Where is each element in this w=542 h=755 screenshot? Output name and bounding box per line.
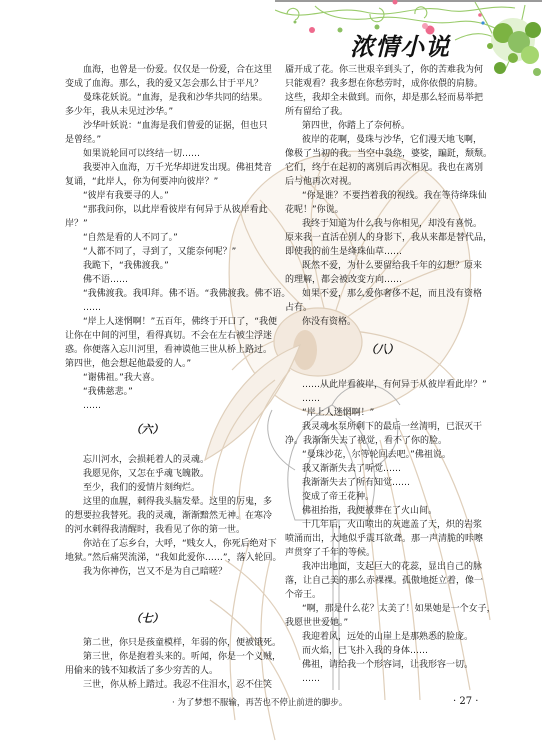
magazine-page: 浓情小说 血海，也曾是一份爱。仅仅是一份爱，合在这里 变成了血海。那么，我的爱又… [0, 0, 542, 755]
text-line: 你站在了忘乡台，大呼，“贱女人，你死后绝对下 [65, 537, 263, 551]
text-line: 的想要拉我替死。我的灵魂，渐渐黯然无神。在寒冷 [65, 509, 263, 523]
section-title: 浓情小说 [350, 32, 450, 62]
text-line: …… [65, 399, 263, 413]
text-line: 喷涌而出，大地似乎震耳欲聋。那一声清脆的咔嚓 [285, 532, 479, 546]
text-line: 惑。你便落入忘川河里，看神谟他三世从桥上路过。 [65, 343, 263, 357]
text-line: 多少年，我从未见过沙华。” [65, 105, 263, 119]
text-line: 我愿世世爱她。” [285, 616, 479, 630]
text-line: 这里的血腥，刺得我头脑发晕。这里的厉鬼，多 [65, 495, 263, 509]
text-line: 像极了当初的我。当空中袅绕，婆娑，蹁跹，颓颓。 [285, 147, 479, 161]
text-line: 我要冲入血海，万千光华却迸发出现。佛祖梵音 [65, 161, 263, 175]
text-line: 的河水刺得我清醒时，我看见了你的第一世。 [65, 523, 263, 537]
text-line: “我佛渡我。我叩拜。佛不语。“我佛渡我。佛不语。 [65, 287, 263, 301]
text-line: “啊，那是什么花？太美了！如果她是一个女子， [285, 602, 479, 616]
text-line: 是曾经。” [65, 133, 263, 147]
text-line: “自然是看的人不同了。” [65, 231, 263, 245]
text-line: “你是谁？不要挡着我的视线。我在等待绛珠仙 [285, 189, 479, 203]
left-text-column: 血海，也曾是一份爱。仅仅是一份爱，合在这里 变成了血海。那么，我的爱又怎会那么甘… [65, 63, 263, 692]
section-heading-eight: （八） [285, 329, 479, 378]
text-line: 我愿见你，又怎在乎魂飞魄散。 [65, 467, 263, 481]
text-line: 原来我一直活在别人的身影下，我从来都是替代品， [285, 231, 479, 245]
text-line: 落，让自己美的那么赤裸裸。孤傲地挺立着，像一 [285, 574, 479, 588]
text-line: 至少，我们的爱情片刻绚烂。 [65, 481, 263, 495]
page-number: · 27 · [453, 695, 478, 709]
text-line: 如果说轮回可以终结一切…… [65, 147, 263, 161]
text-line: …… [285, 392, 479, 406]
text-line: 你没有资格。 [285, 315, 479, 329]
section-heading-six: （六） [65, 413, 263, 453]
text-line: 变成了帝王花种。 [285, 490, 479, 504]
text-line: 声贯穿了千年的等候。 [285, 546, 479, 560]
text-line: 它们，终于在起初的离别后再次相见。我也在离别 [285, 161, 479, 175]
green-blob-cluster [487, 18, 541, 76]
text-line: …… [65, 301, 263, 315]
right-text-column: 靥开成了花。你三世艰辛到头了，你的苦难我为何 只能观看？我多想在你愁劳时，成你依… [285, 63, 479, 686]
text-line: 我终于知道为什么我与你相见，却没有喜悦。 [285, 217, 479, 231]
text-line: 忘川河水，会损耗着人的灵魂。 [65, 453, 263, 467]
text-line: 花呢！”你说。 [285, 203, 479, 217]
text-line: 靥开成了花。你三世艰辛到头了，你的苦难我为何 [285, 63, 479, 77]
text-line: 即使我的前生是绛珠仙草…… [285, 245, 479, 259]
text-line: 曼珠花妖说。“血海，是我和沙华共同的结果。 [65, 91, 263, 105]
text-line: 的理解，都会被改变方向…… [285, 273, 479, 287]
text-line: 而火焰，已飞扑入我的身体…… [285, 644, 479, 658]
text-line: 血海，也曾是一份爱。仅仅是一份爱，合在这里 [65, 63, 263, 77]
text-line: 复诵，“此岸人，你为何要冲向彼岸？” [65, 175, 263, 189]
text-line: 净。我渐渐失去了视觉，看不了你的脸。 [285, 434, 479, 448]
text-line: “岸上人迷惘啊！”五百年，佛终于开口了，“我便 [65, 315, 263, 329]
text-line: 既然不爱，为什么要留给我千年的幻想？原来 [285, 259, 479, 273]
text-line: 第四世，你踏上了奈何桥。 [285, 119, 479, 133]
text-line: 只能观看？我多想在你愁劳时，成你依偎的肩膀。 [285, 77, 479, 91]
text-line: 三世，你从桥上踏过。我忍不住泪水，忍不住笑 [65, 678, 263, 692]
text-line: “谢佛祖。”我大喜。 [65, 371, 263, 385]
text-line: 占有。 [285, 301, 479, 315]
text-line: 地狱。”然后痛哭流涕，“我如此爱你……”，落入轮回。 [65, 551, 263, 565]
text-line: 变成了血海。那么，我的爱又怎会那么甘于平凡？ [65, 77, 263, 91]
text-line: 我跪下，“我佛渡我。” [65, 259, 263, 273]
text-line: 我冲出地面，支起巨大的花蕊，显出自己的脉 [285, 560, 479, 574]
text-line: 我渐渐失去了所有知觉…… [285, 476, 479, 490]
footer-slogan: · 为了梦想不服输，再苦也不停止前进的脚步。 [172, 697, 347, 709]
text-line: 佛祖，请给我一个形容词，让我形容一切。 [285, 658, 479, 672]
text-line: “彼岸有我要寻的人。” [65, 189, 263, 203]
text-line: “曼珠沙花，尔等轮回去吧。”佛祖说。 [285, 448, 479, 462]
text-line: 我为你神伤，岂又不是为自己暗嗟？ [65, 565, 263, 579]
text-line: 彼岸的花啊，曼珠与沙华，它们漫天地飞啊， [285, 133, 479, 147]
text-line: 佛不语…… [65, 273, 263, 287]
section-heading-seven: （七） [65, 579, 263, 636]
text-line: …… [285, 672, 479, 686]
text-line: 让你在中间的河里，看得真切。不会在左右被尘浮迷 [65, 329, 263, 343]
text-line: 个帝王。 [285, 588, 479, 602]
text-line: 第四世，他会想起他最爱的人。” [65, 357, 263, 371]
text-line: “人都不同了，寻到了，又能奈何呢？” [65, 245, 263, 259]
text-line: 后与他再次对视。 [285, 175, 479, 189]
text-line: 岸？” [65, 217, 263, 231]
text-line: 第三世，你是抱着头来的。听闻，你是一个义贼， [65, 650, 263, 664]
text-line: 我又渐渐失去了听觉…… [285, 462, 479, 476]
text-line: “我佛慈悲。” [65, 385, 263, 399]
text-line: ……从此岸看彼岸，有何异于从彼岸看此岸？” [285, 378, 479, 392]
text-line: 我灵魂水泵所剩下的最后一丝清明，已泯灭干 [285, 420, 479, 434]
text-line: 如果不爱，那么爱你奢侈不起，而且没有资格 [285, 287, 479, 301]
text-line: 沙华叶妖说：“血海是我们曾爱的证据，但也只 [65, 119, 263, 133]
text-line: 佛祖抬指，我便被葬在了火山间。 [285, 504, 479, 518]
text-line: 十几年后，火山喷出的灰遮盖了天，炽的岩浆 [285, 518, 479, 532]
text-line: “岸上人迷惘啊！” [285, 406, 479, 420]
text-line: 这些，我却全未做到。而你，却是那么轻而易举把 [285, 91, 479, 105]
text-line: 所有留给了我。 [285, 105, 479, 119]
text-line: 我迎着风，远处的山崖上是那熟悉的脸庞。 [285, 630, 479, 644]
text-line: 第二世，你只是孩童模样，年弱的你，便被饿死。 [65, 636, 263, 650]
top-rule [275, 0, 542, 2]
text-line: 用偷来的钱不知救活了多少穷苦的人。 [65, 664, 263, 678]
text-line: “那我问你，以此岸看彼岸有何异于从彼岸看此 [65, 203, 263, 217]
